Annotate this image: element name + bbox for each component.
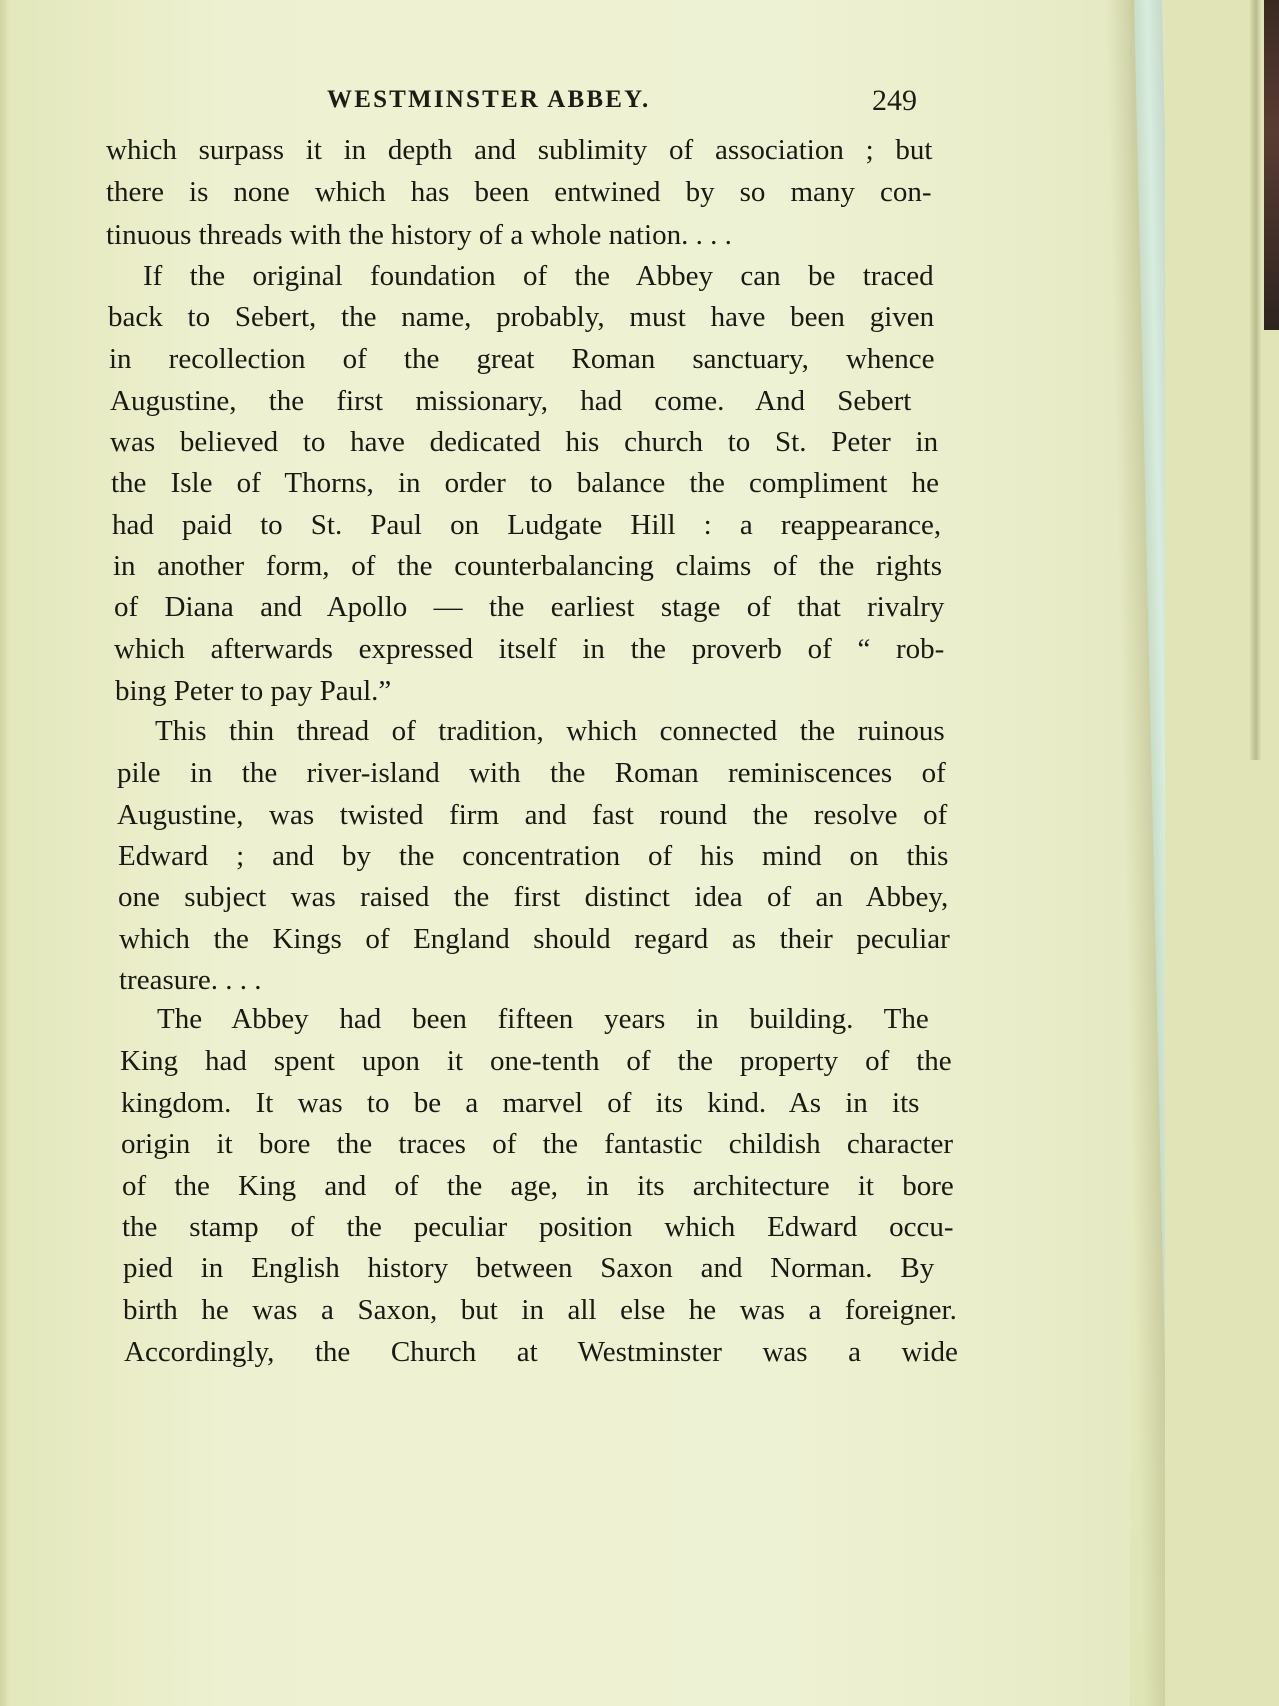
text-line: the Isle of Thorns, in order to balance … [111,466,939,500]
text-line: pied in English history between Saxon an… [123,1251,955,1285]
text-line: Accordingly, the Church at Westminster w… [124,1335,958,1369]
text-line: which the Kings of England should regard… [119,922,950,956]
text-line: in another form, of the counterbalancing… [113,549,942,583]
text-line: in recollection of the great Roman sanct… [109,342,935,376]
text-line: back to Sebert, the name, probably, must… [108,300,934,334]
text-line: bing Peter to pay Paul.” [115,674,475,708]
text-line: Edward ; and by the concentration of his… [118,839,948,873]
text-line: Augustine, the first missionary, had com… [110,384,936,418]
text-line: kingdom. It was to be a marvel of its ki… [121,1086,953,1120]
text-line: of the King and of the age, in its archi… [122,1169,954,1203]
text-line: birth he was a Saxon, but in all else he… [123,1293,957,1327]
text-line: Augustine, was twisted firm and fast rou… [117,798,947,832]
text-line: This thin thread of tradition, which con… [155,714,945,748]
text-line: origin it bore the traces of the fantast… [121,1127,953,1161]
text-line: King had spent upon it one-tenth of the … [120,1044,952,1078]
text-line: of Diana and Apollo — the earliest stage… [114,590,944,624]
text-line: one subject was raised the first distinc… [118,880,948,914]
text-line: treasure. . . . [119,963,319,997]
text-line: had paid to St. Paul on Ludgate Hill : a… [112,508,941,542]
text-line: which surpass it in depth and sublimity … [106,133,932,167]
text-line: tinuous threads with the history of a wh… [106,218,896,252]
page-left-edge [0,0,10,1706]
text-line: there is none which has been entwined by… [106,175,932,209]
text-line: If the original foundation of the Abbey … [143,259,934,293]
page-number: 249 [872,84,917,118]
text-line: pile in the river-island with the Roman … [117,756,946,790]
page-stack-edge [1250,0,1262,760]
background-strip [1264,0,1279,330]
running-head: WESTMINSTER ABBEY. [327,86,651,114]
text-line: The Abbey had been fifteen years in buil… [157,1002,952,1036]
text-line: which afterwards expressed itself in the… [114,632,944,666]
text-line: was believed to have dedicated his churc… [110,425,938,459]
text-line: the stamp of the peculiar position which… [122,1210,954,1244]
